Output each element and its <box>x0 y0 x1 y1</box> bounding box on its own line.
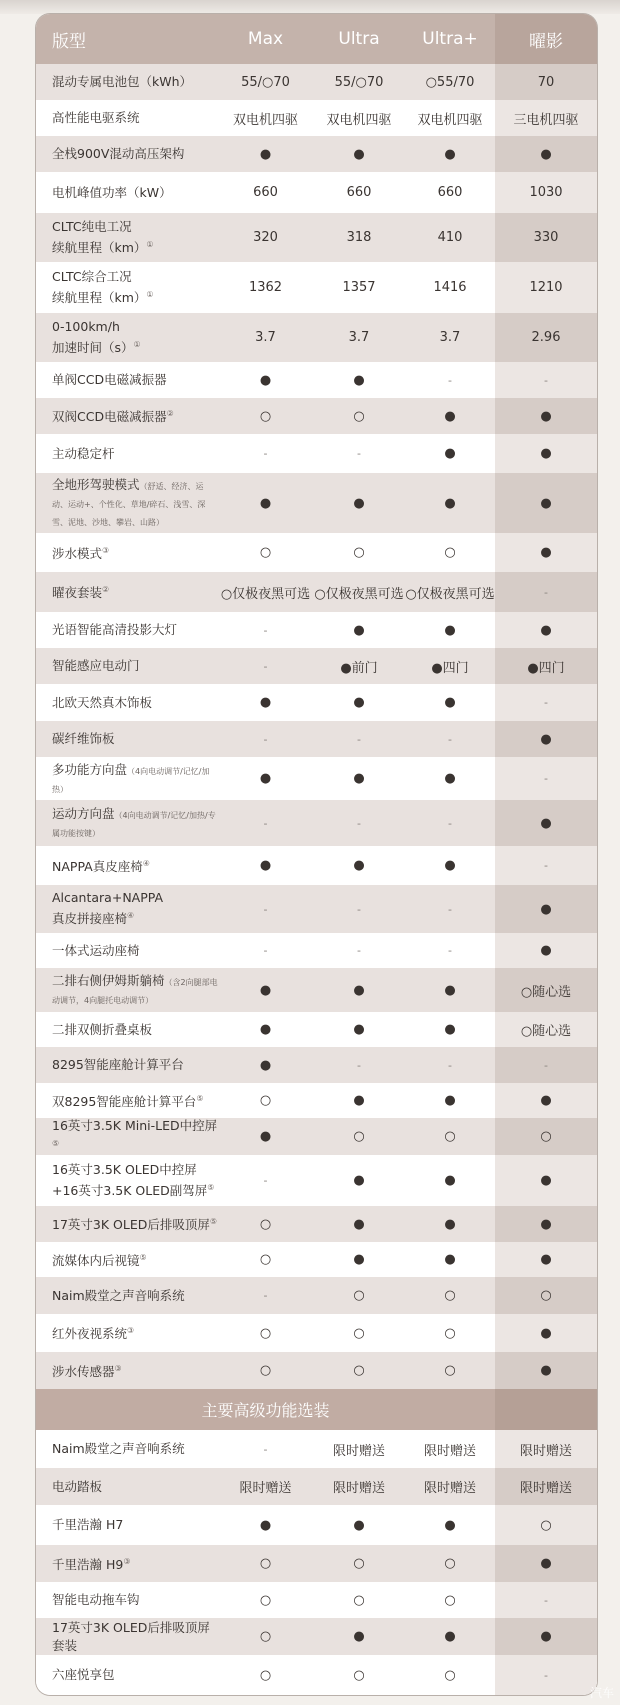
standard-dot-icon: ● <box>353 1629 364 1644</box>
cell-value: ●四门 <box>431 661 468 676</box>
watermark: 汽车 <box>590 1684 614 1701</box>
optional-circle-icon: ○ <box>444 1668 455 1683</box>
row-label: 曜夜套装② <box>36 581 218 602</box>
standard-dot-icon: ● <box>260 695 271 710</box>
cell-value: - <box>544 374 548 387</box>
row-label-text: 电机峰值功率（kW） <box>52 185 172 200</box>
table-row: NAPPA真皮座椅④●●●- <box>36 846 597 885</box>
cell-max: 双电机四驱 <box>218 109 313 128</box>
cell-value: - <box>357 817 361 830</box>
cell-value: - <box>448 817 452 830</box>
cell-ultra: ● <box>313 1173 405 1188</box>
table-row: 流媒体内后视镜⑤○●●● <box>36 1242 597 1277</box>
table-row: 0-100km/h加速时间（s）①3.73.73.72.96 <box>36 313 597 362</box>
standard-dot-icon: ● <box>540 446 551 461</box>
optional-circle-icon: ○ <box>353 1326 364 1341</box>
cell-ultra-plus: 1416 <box>405 280 495 295</box>
standard-dot-icon: ● <box>353 983 364 998</box>
row-label-text: 0-100km/h <box>52 319 120 334</box>
row-label: 北欧天然真木饰板 <box>36 694 218 712</box>
standard-dot-icon: ● <box>260 1129 271 1144</box>
cell-max: - <box>218 732 313 747</box>
cell-max: ○ <box>218 1326 313 1341</box>
row-label-text: 电动踏板 <box>52 1479 102 1494</box>
cell-yaoying: ● <box>495 612 597 648</box>
cell-max: - <box>218 1288 313 1303</box>
cell-yaoying: ○随心选 <box>495 968 597 1012</box>
row-label: Naim殿堂之声音响系统 <box>36 1440 218 1458</box>
cell-max: ○ <box>218 409 313 424</box>
cell-max: ● <box>218 695 313 710</box>
row-label: 涉水传感器③ <box>36 1360 218 1381</box>
cell-max: ○ <box>218 1252 313 1267</box>
cell-max: - <box>218 1442 313 1457</box>
cell-yaoying: ● <box>495 885 597 933</box>
cell-yaoying: 1210 <box>495 262 597 313</box>
row-label: 千里浩瀚 H9③ <box>36 1553 218 1574</box>
cell-ultra-plus: 限时赠送 <box>405 1477 495 1496</box>
optional-circle-icon: ○ <box>260 545 271 560</box>
cell-value: ○55/70 <box>426 75 475 90</box>
cell-ultra-plus: ○ <box>405 1288 495 1303</box>
row-label-text: 双8295智能座舱计算平台 <box>52 1094 196 1109</box>
table-row: 智能感应电动门-●前门●四门●四门 <box>36 648 597 684</box>
cell-ultra: - <box>313 732 405 747</box>
standard-dot-icon: ● <box>540 1629 551 1644</box>
cell-ultra: ○ <box>313 1288 405 1303</box>
cell-ultra: 55/○70 <box>313 75 405 90</box>
cell-max: - <box>218 816 313 831</box>
cell-value: 双电机四驱 <box>417 113 482 128</box>
column-ultra: Ultra <box>313 29 405 49</box>
standard-dot-icon: ● <box>260 373 271 388</box>
cell-yaoying: ● <box>495 136 597 172</box>
table-row: 智能电动拖车钩○○○- <box>36 1582 597 1618</box>
standard-dot-icon: ● <box>540 732 551 747</box>
cell-yaoying: ● <box>495 1206 597 1242</box>
cell-value: - <box>264 624 268 637</box>
row-label-text: 北欧天然真木饰板 <box>52 695 152 710</box>
cell-yaoying: ● <box>495 473 597 533</box>
cell-ultra-plus: ●四门 <box>405 657 495 676</box>
row-label: 16英寸3.5K Mini-LED中控屏⑤ <box>36 1117 218 1156</box>
table-row: 16英寸3.5K OLED中控屏+16英寸3.5K OLED副驾屏⑤-●●● <box>36 1155 597 1206</box>
cell-value: 70 <box>538 75 555 90</box>
cell-value: 双电机四驱 <box>233 113 298 128</box>
cell-yaoying: ○随心选 <box>495 1012 597 1047</box>
cell-value: 1362 <box>249 280 282 295</box>
table-row: 17英寸3K OLED后排吸顶屏⑤○●●● <box>36 1206 597 1242</box>
row-label-text: 红外夜视系统 <box>52 1327 127 1342</box>
cell-value: ○仅极夜黑可选 <box>405 587 494 602</box>
cell-ultra-plus: ● <box>405 695 495 710</box>
cell-value: - <box>448 944 452 957</box>
row-label: 8295智能座舱计算平台 <box>36 1056 218 1074</box>
cell-max: ● <box>218 858 313 873</box>
cell-ultra-plus: ● <box>405 1093 495 1108</box>
header-label: 版型 <box>36 27 218 52</box>
standard-dot-icon: ● <box>353 695 364 710</box>
cell-ultra-plus: ○ <box>405 1556 495 1571</box>
row-label-text: 8295智能座舱计算平台 <box>52 1057 184 1072</box>
cell-value: 1416 <box>433 280 466 295</box>
cell-max: ● <box>218 147 313 162</box>
row-label-text: 全栈900V混动高压架构 <box>52 146 184 161</box>
standard-dot-icon: ● <box>444 1518 455 1533</box>
cell-ultra: ● <box>313 1518 405 1533</box>
row-label: 碳纤维饰板 <box>36 730 218 748</box>
footnote-marker: ② <box>167 409 174 418</box>
optional-circle-icon: ○ <box>353 409 364 424</box>
table-row: 全栈900V混动高压架构●●●● <box>36 136 597 172</box>
standard-dot-icon: ● <box>353 1093 364 1108</box>
row-label-text: 智能电动拖车钩 <box>52 1592 140 1607</box>
cell-ultra: 3.7 <box>313 330 405 345</box>
table-row: 全地形驾驶模式（舒适、经济、运动、运动+、个性化、草地/碎石、浅雪、深雪、泥地、… <box>36 473 597 533</box>
cell-ultra: ● <box>313 373 405 388</box>
cell-ultra: ● <box>313 1022 405 1037</box>
cell-max: ○ <box>218 1556 313 1571</box>
row-label-text: 多功能方向盘 <box>52 762 127 777</box>
cell-value: - <box>544 586 548 599</box>
row-label-line2: 续航里程（km） <box>52 290 146 305</box>
cell-max: - <box>218 1173 313 1188</box>
standard-dot-icon: ● <box>444 1022 455 1037</box>
cell-value: - <box>544 1669 548 1682</box>
optional-circle-icon: ○ <box>540 1288 551 1303</box>
cell-value: - <box>264 733 268 746</box>
cell-ultra-plus: ● <box>405 496 495 511</box>
cell-value: - <box>448 733 452 746</box>
footnote-marker: ② <box>102 585 109 594</box>
cell-max: 55/○70 <box>218 75 313 90</box>
footnote-marker: ④ <box>143 859 150 868</box>
cell-yaoying: ● <box>495 1155 597 1206</box>
cell-value: 1357 <box>342 280 375 295</box>
footnote-marker: ③ <box>123 1557 130 1566</box>
row-label: CLTC综合工况续航里程（km）① <box>36 268 218 307</box>
standard-dot-icon: ● <box>444 1093 455 1108</box>
cell-ultra: 1357 <box>313 280 405 295</box>
cell-yaoying: ● <box>495 1352 597 1389</box>
cell-ultra-plus: - <box>405 902 495 917</box>
cell-value: 2.96 <box>532 330 561 345</box>
row-label-text: 混动专属电池包（kWh） <box>52 74 192 89</box>
table-row: 千里浩瀚 H7●●●○ <box>36 1505 597 1545</box>
cell-yaoying: ○ <box>495 1277 597 1314</box>
row-label-text: 全地形驾驶模式 <box>52 477 140 492</box>
cell-value: - <box>544 859 548 872</box>
cell-value: - <box>357 903 361 916</box>
cell-yaoying: 限时赠送 <box>495 1468 597 1505</box>
row-label: 二排双侧折叠桌板 <box>36 1021 218 1039</box>
row-label-text: 碳纤维饰板 <box>52 731 115 746</box>
row-label-text: 主动稳定杆 <box>52 446 115 461</box>
standard-dot-icon: ● <box>540 1363 551 1378</box>
standard-dot-icon: ● <box>540 545 551 560</box>
cell-value: - <box>448 1059 452 1072</box>
row-label: 光语智能高清投影大灯 <box>36 621 218 639</box>
cell-max: - <box>218 943 313 958</box>
cell-value: - <box>357 944 361 957</box>
cell-yaoying: 330 <box>495 213 597 262</box>
optional-circle-icon: ○ <box>260 1093 271 1108</box>
standard-dot-icon: ● <box>540 409 551 424</box>
cell-ultra: ● <box>313 147 405 162</box>
row-label: 17英寸3K OLED后排吸顶屏套装 <box>36 1619 218 1655</box>
standard-dot-icon: ● <box>444 1217 455 1232</box>
cell-ultra: 660 <box>313 185 405 200</box>
cell-ultra-plus: 410 <box>405 230 495 245</box>
cell-yaoying: 1030 <box>495 172 597 213</box>
optional-circle-icon: ○ <box>260 409 271 424</box>
cell-ultra-plus: ● <box>405 446 495 461</box>
cell-yaoying: 三电机四驱 <box>495 100 597 136</box>
cell-max: ○ <box>218 1668 313 1683</box>
optional-circle-icon: ○ <box>260 1556 271 1571</box>
standard-dot-icon: ● <box>260 147 271 162</box>
cell-ultra: ●前门 <box>313 657 405 676</box>
table-row: 二排双侧折叠桌板●●●○随心选 <box>36 1012 597 1047</box>
table-row: CLTC纯电工况续航里程（km）①320318410330 <box>36 213 597 262</box>
cell-value: 660 <box>347 185 372 200</box>
cell-ultra: ● <box>313 1252 405 1267</box>
optional-circle-icon: ○ <box>444 1288 455 1303</box>
row-label: 全栈900V混动高压架构 <box>36 145 218 163</box>
cell-max: ○ <box>218 545 313 560</box>
optional-circle-icon: ○ <box>444 1593 455 1608</box>
cell-yaoying: 70 <box>495 64 597 100</box>
cell-ultra-plus: 双电机四驱 <box>405 109 495 128</box>
table-row: 碳纤维饰板---● <box>36 721 597 757</box>
optional-circle-icon: ○ <box>353 545 364 560</box>
cell-ultra: ○ <box>313 1593 405 1608</box>
cell-max: ● <box>218 496 313 511</box>
standard-dot-icon: ● <box>540 816 551 831</box>
standard-dot-icon: ● <box>353 623 364 638</box>
row-label-text: 二排右侧伊姆斯躺椅 <box>52 973 165 988</box>
cell-value: 3.7 <box>255 330 276 345</box>
table-row: 曜夜套装②○仅极夜黑可选○仅极夜黑可选○仅极夜黑可选- <box>36 572 597 612</box>
cell-ultra: 限时赠送 <box>313 1477 405 1496</box>
cell-ultra: ○ <box>313 1129 405 1144</box>
row-label: 主动稳定杆 <box>36 445 218 463</box>
row-label: 运动方向盘（4向电动调节/记忆/加热/专属功能按键） <box>36 805 218 841</box>
cell-value: ○随心选 <box>521 1020 571 1039</box>
footnote-marker: ① <box>134 340 141 349</box>
cell-yaoying: ● <box>495 533 597 572</box>
cell-yaoying: - <box>495 1047 597 1083</box>
footnote-marker: ⑤ <box>196 1094 203 1103</box>
cell-ultra-plus: ● <box>405 771 495 786</box>
footnote-marker: ⑤ <box>207 1183 214 1192</box>
cell-yaoying: ● <box>495 434 597 473</box>
cell-ultra-plus: ○ <box>405 545 495 560</box>
standard-dot-icon: ● <box>540 1173 551 1188</box>
row-label-line2: +16英寸3.5K OLED副驾屏 <box>52 1183 207 1198</box>
cell-ultra: ● <box>313 1629 405 1644</box>
table-row: 千里浩瀚 H9③○○○● <box>36 1545 597 1582</box>
row-label: CLTC纯电工况续航里程（km）① <box>36 218 218 257</box>
cell-value: - <box>544 772 548 785</box>
cell-value: - <box>264 447 268 460</box>
table-row: 双阀CCD电磁减振器②○○●● <box>36 398 597 434</box>
cell-value: 限时赠送 <box>239 1481 291 1496</box>
table-row: 红外夜视系统③○○○● <box>36 1314 597 1352</box>
row-label: 混动专属电池包（kWh） <box>36 73 218 91</box>
footnote-marker: ③ <box>115 1364 122 1373</box>
cell-ultra: ○ <box>313 1363 405 1378</box>
cell-max: ● <box>218 983 313 998</box>
row-label: 电动踏板 <box>36 1478 218 1496</box>
standard-dot-icon: ● <box>260 858 271 873</box>
row-label: 红外夜视系统③ <box>36 1322 218 1343</box>
cell-max: ● <box>218 1518 313 1533</box>
cell-value: - <box>264 817 268 830</box>
standard-dot-icon: ● <box>260 1022 271 1037</box>
cell-yaoying: - <box>495 572 597 612</box>
table-header: 版型 Max Ultra Ultra+ 曜影 <box>36 14 597 64</box>
footnote-marker: ⑤ <box>210 1217 217 1226</box>
table-row: 单阀CCD电磁减振器●●-- <box>36 362 597 398</box>
cell-value: 限时赠送 <box>424 1481 476 1496</box>
cell-ultra-plus: ○仅极夜黑可选 <box>405 583 495 602</box>
row-label-text: Alcantara+NAPPA <box>52 890 163 905</box>
cell-value: 320 <box>253 230 278 245</box>
cell-value: - <box>264 1289 268 1302</box>
cell-ultra: ● <box>313 496 405 511</box>
cell-max: 1362 <box>218 280 313 295</box>
cell-yaoying: ● <box>495 1618 597 1655</box>
table-row: 一体式运动座椅---● <box>36 933 597 968</box>
cell-ultra-plus: 3.7 <box>405 330 495 345</box>
row-label-text: 单阀CCD电磁减振器 <box>52 372 167 387</box>
row-label-text: NAPPA真皮座椅 <box>52 859 143 874</box>
cell-ultra-plus: ○ <box>405 1326 495 1341</box>
cell-ultra: ○ <box>313 1556 405 1571</box>
row-label: Alcantara+NAPPA真皮拼接座椅④ <box>36 889 218 928</box>
cell-value: 660 <box>438 185 463 200</box>
cell-max: ● <box>218 1022 313 1037</box>
cell-yaoying: 限时赠送 <box>495 1430 597 1468</box>
cell-ultra-plus: ● <box>405 1217 495 1232</box>
cell-ultra: 318 <box>313 230 405 245</box>
cell-ultra: 双电机四驱 <box>313 109 405 128</box>
cell-ultra: ● <box>313 858 405 873</box>
cell-max: ○ <box>218 1629 313 1644</box>
table-row: 主动稳定杆--●● <box>36 434 597 473</box>
standard-dot-icon: ● <box>444 409 455 424</box>
optional-circle-icon: ○ <box>260 1252 271 1267</box>
row-label-text: Naim殿堂之声音响系统 <box>52 1288 185 1303</box>
optional-circle-icon: ○ <box>444 1129 455 1144</box>
cell-yaoying: - <box>495 362 597 398</box>
cell-yaoying: - <box>495 757 597 800</box>
cell-ultra-plus: ● <box>405 147 495 162</box>
cell-ultra: - <box>313 446 405 461</box>
standard-dot-icon: ● <box>260 771 271 786</box>
row-label: 全地形驾驶模式（舒适、经济、运动、运动+、个性化、草地/碎石、浅雪、深雪、泥地、… <box>36 476 218 530</box>
table-row: CLTC综合工况续航里程（km）①1362135714161210 <box>36 262 597 313</box>
cell-ultra-plus: ● <box>405 409 495 424</box>
table-row: 二排右侧伊姆斯躺椅（含2向腿部电动调节，4向腿托电动调节）●●●○随心选 <box>36 968 597 1012</box>
cell-value: - <box>264 903 268 916</box>
optional-circle-icon: ○ <box>260 1593 271 1608</box>
cell-ultra: - <box>313 943 405 958</box>
cell-yaoying: ● <box>495 1083 597 1118</box>
cell-ultra: ● <box>313 983 405 998</box>
cell-value: 55/○70 <box>241 75 290 90</box>
cell-yaoying: - <box>495 684 597 721</box>
standard-dot-icon: ● <box>444 1252 455 1267</box>
standard-dot-icon: ● <box>353 1217 364 1232</box>
row-label: 多功能方向盘（4向电动调节/记忆/加热） <box>36 761 218 797</box>
standard-dot-icon: ● <box>540 147 551 162</box>
table-row: 16英寸3.5K Mini-LED中控屏⑤●○○○ <box>36 1118 597 1155</box>
optional-circle-icon: ○ <box>353 1363 364 1378</box>
standard-dot-icon: ● <box>540 623 551 638</box>
cell-value: ○仅极夜黑可选 <box>221 587 310 602</box>
row-label-text: 涉水传感器 <box>52 1364 115 1379</box>
optional-circle-icon: ○ <box>353 1288 364 1303</box>
cell-ultra-plus: ● <box>405 623 495 638</box>
row-label-text: Naim殿堂之声音响系统 <box>52 1441 185 1456</box>
cell-value: - <box>264 944 268 957</box>
cell-ultra-plus: ● <box>405 1022 495 1037</box>
row-label: 17英寸3K OLED后排吸顶屏⑤ <box>36 1213 218 1234</box>
standard-dot-icon: ● <box>444 623 455 638</box>
row-label: NAPPA真皮座椅④ <box>36 855 218 876</box>
table-row: 多功能方向盘（4向电动调节/记忆/加热）●●●- <box>36 757 597 800</box>
row-label-text: 17英寸3K OLED后排吸顶屏套装 <box>52 1620 210 1653</box>
footnote-marker: ⑤ <box>140 1253 147 1262</box>
cell-ultra-plus: ● <box>405 1252 495 1267</box>
footnote-marker: ① <box>146 290 153 299</box>
row-label-text: 曜夜套装 <box>52 586 102 601</box>
standard-dot-icon: ● <box>444 147 455 162</box>
cell-ultra: ○仅极夜黑可选 <box>313 583 405 602</box>
cell-ultra-plus: - <box>405 943 495 958</box>
cell-value: 三电机四驱 <box>513 109 578 128</box>
table-row: 北欧天然真木饰板●●●- <box>36 684 597 721</box>
cell-value: 410 <box>438 230 463 245</box>
cell-ultra: ○ <box>313 1668 405 1683</box>
cell-value: 55/○70 <box>335 75 384 90</box>
cell-max: ○ <box>218 1217 313 1232</box>
cell-ultra: ○ <box>313 545 405 560</box>
cell-value: 1030 <box>529 185 562 200</box>
standard-dot-icon: ● <box>444 771 455 786</box>
column-yaoying: 曜影 <box>495 14 597 64</box>
cell-yaoying: - <box>495 1582 597 1618</box>
cell-yaoying: ○ <box>495 1118 597 1155</box>
standard-dot-icon: ● <box>540 943 551 958</box>
row-label-text: 千里浩瀚 H7 <box>52 1517 123 1532</box>
row-label: 二排右侧伊姆斯躺椅（含2向腿部电动调节，4向腿托电动调节） <box>36 972 218 1008</box>
optional-circle-icon: ○ <box>353 1129 364 1144</box>
cell-ultra-plus: ● <box>405 983 495 998</box>
row-label: 千里浩瀚 H7 <box>36 1516 218 1534</box>
cell-ultra-plus: 660 <box>405 185 495 200</box>
standard-dot-icon: ● <box>540 1217 551 1232</box>
row-label: 电机峰值功率（kW） <box>36 184 218 202</box>
standard-dot-icon: ● <box>353 1252 364 1267</box>
cell-ultra-plus: 限时赠送 <box>405 1440 495 1459</box>
footnote-marker: ④ <box>127 911 134 920</box>
footnote-marker: ① <box>146 240 153 249</box>
cell-value: ○仅极夜黑可选 <box>314 587 403 602</box>
cell-max: 3.7 <box>218 330 313 345</box>
